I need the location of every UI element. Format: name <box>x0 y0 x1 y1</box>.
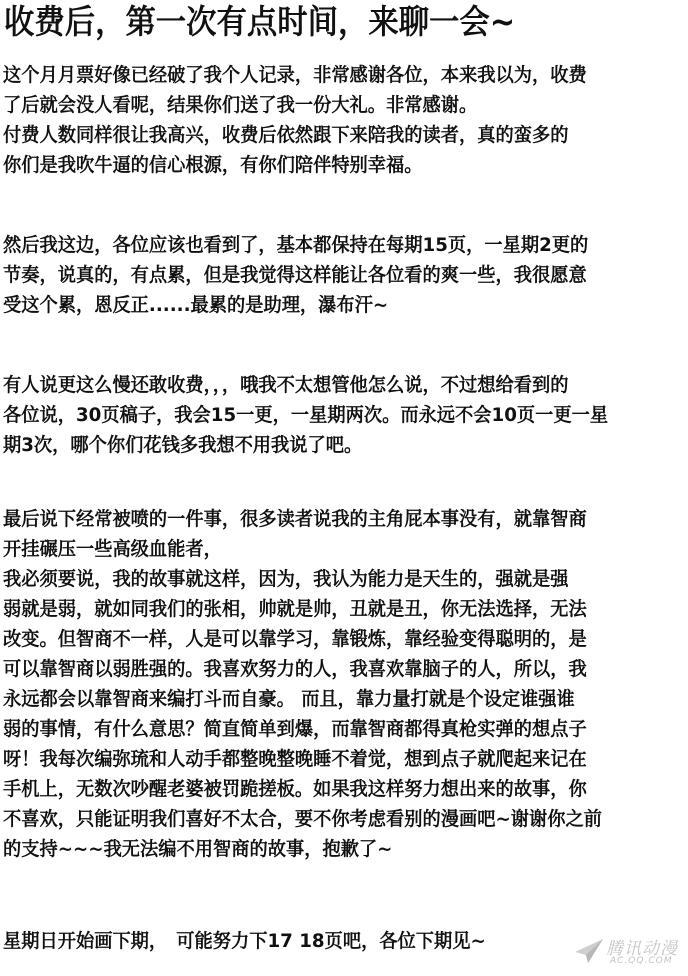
page-title: 收费后，第一次有点时间，来聊一会~ <box>4 2 515 42</box>
watermark-url: AC.QQ.COM <box>610 956 672 966</box>
text-line: 开挂碾压一些高级血能者， <box>3 534 602 564</box>
text-line: 弱的事情，有什么意思？简直简单到爆，而靠智商都得真枪实弹的想点子 <box>3 714 602 744</box>
text-line: 有人说更这么慢还敢收费，，，哦我不太想管他怎么说，不过想给看到的 <box>3 370 608 400</box>
text-line: 最后说下经常被喷的一件事，很多读者说我的主角屁本事没有，就靠智商 <box>3 504 602 534</box>
text-line: 可以靠智商以弱胜强的。我喜欢努力的人，我喜欢靠脑子的人，所以，我 <box>3 654 602 684</box>
text-line: 了后就会没人看呢，结果你们送了我一份大礼。非常感谢。 <box>3 90 587 120</box>
text-line: 的支持~~~我无法编不用智商的故事，抱歉了~ <box>3 834 602 864</box>
text-line: 然后我这边，各位应该也看到了，基本都保持在每期15页，一星期2更的 <box>3 230 588 260</box>
watermark: 腾讯动漫 AC.QQ.COM <box>574 934 686 974</box>
text-line: 这个月月票好像已经破了我个人记录，非常感谢各位，本来我以为，收费 <box>3 60 587 90</box>
paper-plane-icon <box>574 936 604 966</box>
text-line: 不喜欢，只能证明我们喜好不太合，要不你考虑看别的漫画吧~谢谢你之前 <box>3 804 602 834</box>
text-line: 节奏，说真的，有点累，但是我觉得这样能让各位看的爽一些，我很愿意 <box>3 260 588 290</box>
text-line: 期3次，哪个你们花钱多我想不用我说了吧。 <box>3 430 608 460</box>
text-line: 我必须要说，我的故事就这样，因为，我认为能力是天生的，强就是强 <box>3 564 602 594</box>
text-line: 你们是我吹牛逼的信心根源，有你们陪伴特别幸福。 <box>3 150 587 180</box>
text-line: 各位说，30页稿子，我会15一更，一星期两次。而永远不会10页一更一星 <box>3 400 608 430</box>
text-line: 付费人数同样很让我高兴，收费后依然跟下来陪我的读者，真的蛮多的 <box>3 120 587 150</box>
paragraph-pricing: 有人说更这么慢还敢收费，，，哦我不太想管他怎么说，不过想给看到的 各位说，30页… <box>3 370 608 460</box>
paragraph-thanks: 这个月月票好像已经破了我个人记录，非常感谢各位，本来我以为，收费 了后就会没人看… <box>3 60 587 180</box>
text-line: 受这个累，恩反正......最累的是助理，瀑布汗~ <box>3 290 588 320</box>
paragraph-next-issue: 星期日开始画下期， 可能努力下17 18页吧，各位下期见~ <box>3 926 486 956</box>
text-line: 星期日开始画下期， 可能努力下17 18页吧，各位下期见~ <box>3 926 486 956</box>
paragraph-schedule: 然后我这边，各位应该也看到了，基本都保持在每期15页，一星期2更的 节奏，说真的… <box>3 230 588 320</box>
paragraph-intelligence: 最后说下经常被喷的一件事，很多读者说我的主角屁本事没有，就靠智商 开挂碾压一些高… <box>3 504 602 864</box>
text-line: 手机上，无数次吵醒老婆被罚跪搓板。如果我这样努力想出来的故事，你 <box>3 774 602 804</box>
text-line: 呀！我每次编弥琉和人动手都整晚整晚睡不着觉，想到点子就爬起来记在 <box>3 744 602 774</box>
text-line: 改变。但智商不一样，人是可以靠学习，靠锻炼，靠经验变得聪明的，是 <box>3 624 602 654</box>
text-line: 弱就是弱，就如同我们的张相，帅就是帅，丑就是丑，你无法选择，无法 <box>3 594 602 624</box>
text-line: 永远都会以靠智商来编打斗而自豪。 而且，靠力量打就是个设定谁强谁 <box>3 684 602 714</box>
